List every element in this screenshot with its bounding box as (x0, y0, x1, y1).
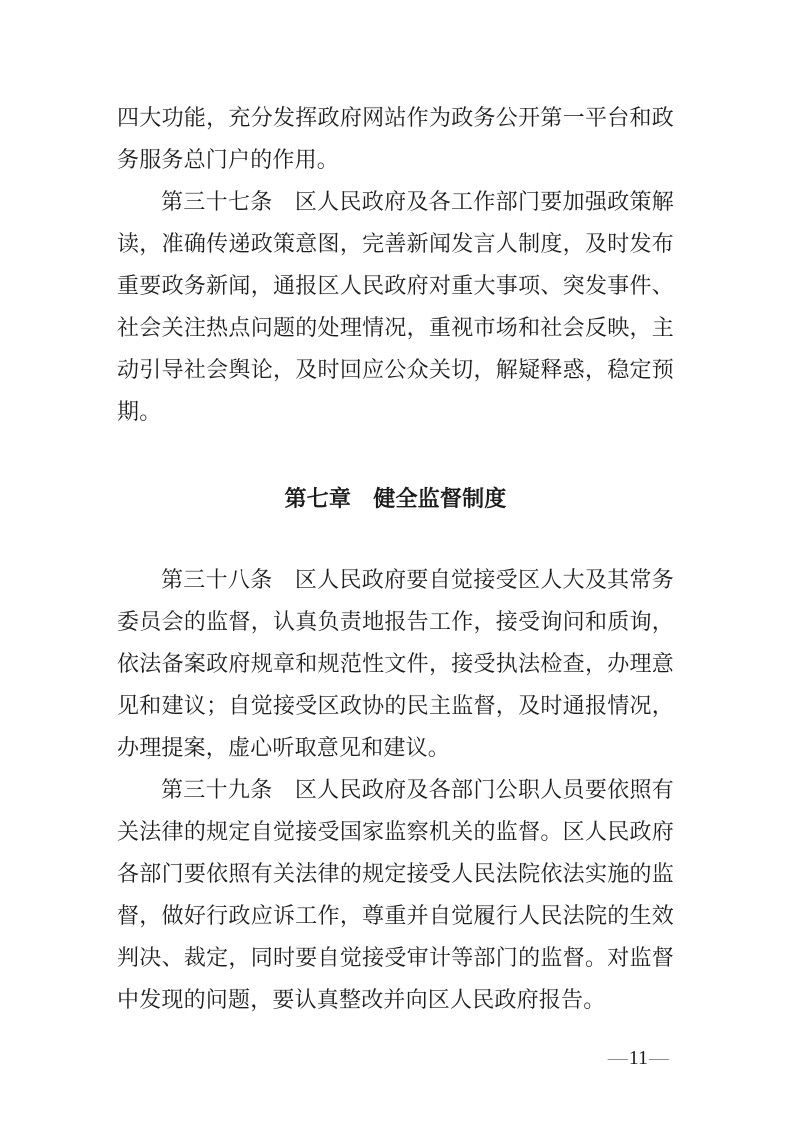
body-paragraph-article-38: 第三十八条 区人民政府要自觉接受区人大及其常务委员会的监督，认真负责地报告工作，… (117, 559, 674, 769)
page-number-left-dash: — (608, 1047, 628, 1069)
body-paragraph-continuation: 四大功能，充分发挥政府网站作为政务公开第一平台和政务服务总门户的作用。 (117, 97, 674, 181)
chapter-heading: 第七章 健全监督制度 (117, 478, 674, 520)
document-page: 四大功能，充分发挥政府网站作为政务公开第一平台和政务服务总门户的作用。 第三十七… (0, 0, 793, 1122)
body-paragraph-article-39: 第三十九条 区人民政府及各部门公职人员要依照有关法律的规定自觉接受国家监察机关的… (117, 769, 674, 1021)
page-number: —11— (608, 1046, 669, 1070)
document-body: 四大功能，充分发挥政府网站作为政务公开第一平台和政务服务总门户的作用。 第三十七… (117, 97, 674, 1021)
body-paragraph-article-37: 第三十七条 区人民政府及各工作部门要加强政策解读，准确传递政策意图，完善新闻发言… (117, 181, 674, 433)
page-number-right-dash: — (649, 1047, 669, 1069)
page-number-value: 11 (628, 1047, 649, 1069)
